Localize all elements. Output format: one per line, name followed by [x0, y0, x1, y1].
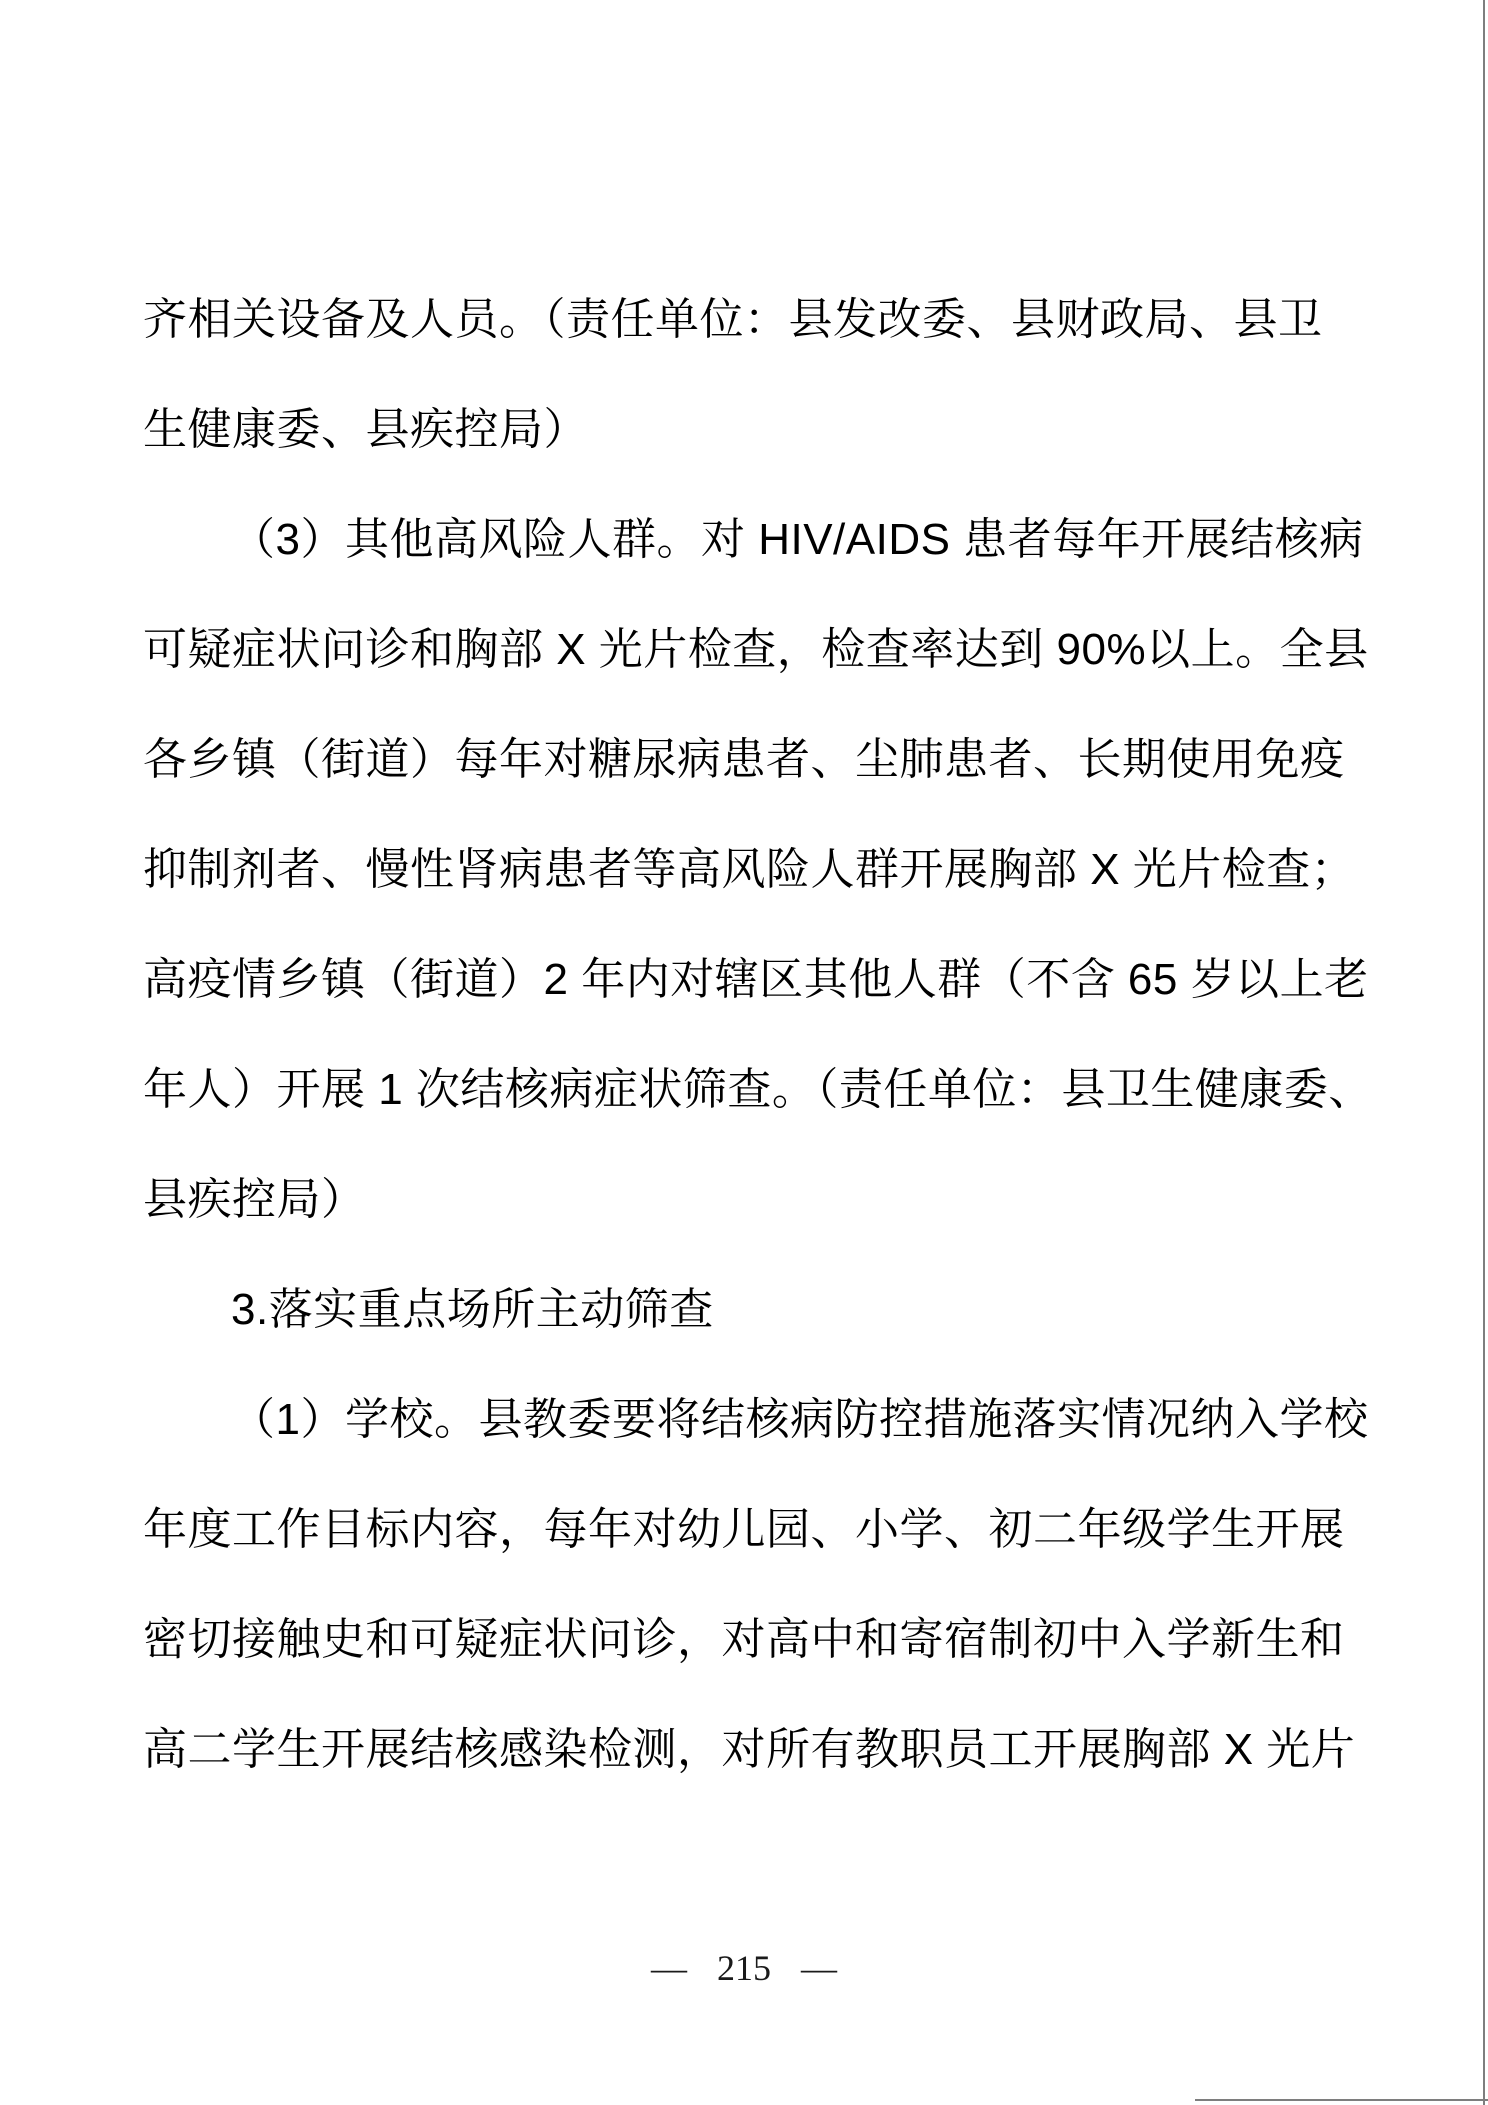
- page-footer: — 215 —: [0, 1943, 1488, 1993]
- page-number: 215: [717, 1947, 771, 1989]
- text-line: 高疫情乡镇（街道）2 年内对辖区其他人群（不含 65 岁以上老: [143, 925, 1355, 1035]
- text-line: 可疑症状问诊和胸部 X 光片检查，检查率达到 90%以上。全县: [143, 595, 1355, 705]
- footer-dash-right: —: [801, 1947, 837, 1989]
- document-body: 齐相关设备及人员。（责任单位：县发改委、县财政局、县卫 生健康委、县疾控局） （…: [143, 265, 1355, 1805]
- text-line: 高二学生开展结核感染检测，对所有教职员工开展胸部 X 光片: [143, 1695, 1355, 1805]
- text-line: 密切接触史和可疑症状问诊，对高中和寄宿制初中入学新生和: [143, 1585, 1355, 1695]
- text-line: 生健康委、县疾控局）: [143, 375, 1355, 485]
- page-edge-right: [1483, 0, 1485, 2105]
- text-line: 抑制剂者、慢性肾病患者等高风险人群开展胸部 X 光片检查；: [143, 815, 1355, 925]
- footer-dash-left: —: [651, 1947, 687, 1989]
- text-line: 县疾控局）: [143, 1145, 1355, 1255]
- text-line: 齐相关设备及人员。（责任单位：县发改委、县财政局、县卫: [143, 265, 1355, 375]
- text-line: 年人）开展 1 次结核病症状筛查。（责任单位：县卫生健康委、: [143, 1035, 1355, 1145]
- text-line: 3.落实重点场所主动筛查: [143, 1255, 1355, 1365]
- text-line: （3）其他高风险人群。对 HIV/AIDS 患者每年开展结核病: [143, 485, 1355, 595]
- text-line: （1）学校。县教委要将结核病防控措施落实情况纳入学校: [143, 1365, 1355, 1475]
- document-page: 齐相关设备及人员。（责任单位：县发改委、县财政局、县卫 生健康委、县疾控局） （…: [0, 0, 1488, 2105]
- text-line: 年度工作目标内容，每年对幼儿园、小学、初二年级学生开展: [143, 1475, 1355, 1585]
- page-edge-bottom: [1195, 2099, 1488, 2101]
- text-line: 各乡镇（街道）每年对糖尿病患者、尘肺患者、长期使用免疫: [143, 705, 1355, 815]
